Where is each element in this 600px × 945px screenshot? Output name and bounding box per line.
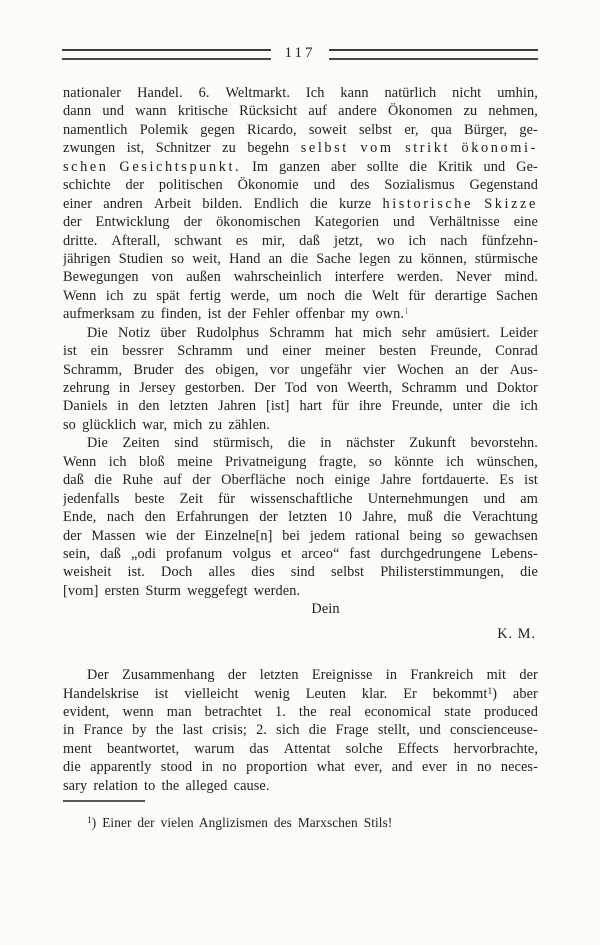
- text-fragment: andere: [338, 103, 377, 119]
- word-token: gewachsen: [474, 527, 538, 545]
- text-fragment: et: [281, 546, 292, 562]
- text-fragment: daß: [299, 233, 320, 249]
- word-token: Oberfläche: [221, 471, 286, 489]
- word-token: sollte: [367, 158, 399, 176]
- word-token: in: [119, 379, 130, 397]
- word-token: ich: [446, 453, 464, 471]
- text-fragment: schen: [63, 159, 109, 175]
- text-fragment: und: [247, 343, 269, 359]
- word-token: mind.: [504, 268, 537, 286]
- text-fragment: daß: [63, 472, 84, 488]
- word-token: beste: [135, 490, 165, 508]
- text-fragment: eine: [514, 214, 538, 230]
- text-line: zwungenist,Schnitzerzubegehnselbstvomstr…: [63, 139, 538, 157]
- word-token: ich: [109, 453, 127, 471]
- word-token: werden.: [397, 268, 443, 286]
- text-fragment: Bewegungen: [63, 269, 139, 285]
- word-token: die: [444, 508, 462, 526]
- word-token: auf: [308, 102, 327, 120]
- word-token: der: [259, 508, 278, 526]
- text-fragment: fast: [349, 546, 370, 562]
- text-fragment: crisis;: [212, 722, 247, 738]
- text-fragment: vom: [360, 140, 393, 156]
- text-fragment: no: [477, 759, 492, 775]
- text-fragment: Never: [456, 269, 491, 285]
- text-fragment: noch: [296, 472, 324, 488]
- word-token: Weerth,: [347, 379, 392, 397]
- word-token: Einzelne[n]: [205, 527, 273, 545]
- text-fragment: fünfzehn-: [481, 233, 537, 249]
- word-token: Jahren: [218, 397, 256, 415]
- text-fragment: natürlich: [385, 85, 437, 101]
- text-line: so glücklich war, mich zu zählen.: [63, 416, 538, 434]
- word-token: der: [228, 666, 247, 684]
- text-fragment: proportion: [246, 759, 307, 775]
- word-token: Es: [499, 471, 514, 489]
- text-fragment: ökonomischen: [216, 214, 301, 230]
- text-fragment: in: [119, 380, 130, 396]
- word-token: schen: [63, 158, 109, 176]
- text-fragment: es: [236, 233, 248, 249]
- text-fragment: Entwicklung: [95, 214, 169, 230]
- text-fragment: aber: [331, 159, 356, 175]
- word-token: wo: [377, 232, 395, 250]
- word-token: außen: [186, 268, 221, 286]
- text-line: Ende,nachdenErfahrungenderletzten10Jahre…: [63, 508, 538, 526]
- text-fragment: stood: [161, 759, 192, 775]
- text-fragment: besten: [379, 343, 416, 359]
- word-token: historische: [382, 195, 473, 213]
- word-token: die: [409, 158, 427, 176]
- word-token: Tod: [285, 379, 307, 397]
- text-fragment: Conrad: [495, 343, 538, 359]
- word-token: den: [139, 397, 160, 415]
- word-token: bekommt1): [433, 685, 497, 703]
- word-token: sein,: [63, 545, 90, 563]
- text-fragment: Er: [403, 686, 417, 702]
- header-rule-right: [329, 49, 538, 60]
- text-fragment: Hand: [229, 251, 260, 267]
- text-fragment: apparently: [90, 759, 151, 775]
- text-fragment: der: [184, 214, 203, 230]
- text-fragment: qua: [431, 122, 452, 138]
- word-token: ist: [524, 471, 538, 489]
- text-line: DieZeitensindstürmisch,dieinnächsterZuku…: [63, 434, 538, 452]
- word-token: state: [444, 703, 471, 721]
- word-token: sehr: [402, 324, 426, 342]
- text-fragment: bessrer: [122, 343, 163, 359]
- text-fragment: und: [466, 380, 488, 396]
- text-fragment: für: [408, 288, 425, 304]
- text-line: jährigenStudiensoweit,HandandieSachelege…: [63, 250, 538, 268]
- word-token: fortdauerte.: [421, 471, 488, 489]
- word-token: Sachen: [496, 287, 538, 305]
- text-fragment: Verhältnisse: [429, 214, 500, 230]
- word-token: spät: [156, 287, 179, 305]
- word-token: et: [281, 545, 292, 563]
- text-line: evident,wennmanbetrachtet1.therealeconom…: [63, 703, 538, 721]
- word-token: die: [290, 250, 308, 268]
- word-token: aber: [331, 158, 356, 176]
- word-token: Studien: [119, 250, 163, 268]
- text-fragment: wenn: [122, 704, 153, 720]
- text-fragment: produced: [484, 704, 538, 720]
- text-fragment: Endlich: [254, 196, 299, 212]
- text-fragment: Sozialismus: [384, 177, 454, 193]
- word-token: Handel.: [137, 84, 183, 102]
- text-fragment: and: [392, 759, 413, 775]
- text-fragment: Die: [87, 435, 108, 451]
- text-fragment: Wenn: [63, 288, 96, 304]
- text-fragment: fortdauerte.: [421, 472, 488, 488]
- word-token: Handelskrise: [63, 685, 139, 703]
- word-token: vor: [270, 361, 289, 379]
- text-fragment: die: [290, 251, 308, 267]
- text-fragment: Rudolphus: [196, 325, 259, 341]
- word-token: legen: [359, 250, 390, 268]
- text-fragment: kritische: [178, 103, 228, 119]
- text-fragment: 1.: [275, 704, 286, 720]
- text-fragment: ever,: [354, 759, 382, 775]
- word-token: sind: [291, 563, 315, 581]
- text-line: einerandrenArbeitbilden.Endlichdiekurzeh…: [63, 195, 538, 213]
- text-fragment: Polemik: [140, 122, 188, 138]
- word-token: zehrung: [63, 379, 110, 397]
- word-token: economical: [364, 703, 431, 721]
- word-token: nach: [107, 508, 134, 526]
- word-token: Schramm,: [63, 361, 122, 379]
- text-fragment: an: [269, 251, 283, 267]
- text-fragment: der: [126, 177, 145, 193]
- text-fragment: France: [83, 722, 123, 738]
- text-fragment: die: [310, 196, 328, 212]
- text-fragment: evident,: [63, 704, 109, 720]
- text-fragment: und: [314, 177, 336, 193]
- text-fragment: Handelskrise: [63, 686, 139, 702]
- word-token: Rücksicht: [239, 102, 297, 120]
- word-token: warum: [194, 740, 234, 758]
- word-token: zu: [222, 139, 236, 157]
- text-line: Wennichzuspätfertigwerde,umnochdieWeltfü…: [63, 287, 538, 305]
- word-token: Entwicklung: [95, 213, 169, 231]
- word-token: die: [310, 195, 328, 213]
- word-token: und: [393, 213, 415, 231]
- text-fragment: Attentat: [284, 741, 331, 757]
- text-fragment: die: [520, 564, 538, 580]
- word-token: zu: [133, 287, 147, 305]
- word-token: qua: [431, 121, 452, 139]
- text-fragment: Welt: [372, 288, 399, 304]
- text-fragment: Frankreich: [410, 667, 473, 683]
- text-fragment: 10: [338, 509, 353, 525]
- word-token: Aus-: [510, 361, 538, 379]
- word-token: könnte: [394, 453, 434, 471]
- text-fragment: muß: [407, 509, 433, 525]
- text-fragment: Jahre,: [363, 509, 397, 525]
- text-fragment: Frage: [336, 722, 369, 738]
- text-line: Bewegungenvonaußenwahrscheinlichinterfer…: [63, 268, 538, 286]
- text-fragment: Gesichtspunkt.: [119, 159, 241, 175]
- word-token: daß: [100, 545, 121, 563]
- word-token: klar.: [362, 685, 388, 703]
- text-fragment: neces-: [501, 759, 538, 775]
- text-fragment: amüsiert.: [436, 325, 490, 341]
- word-token: noch: [296, 471, 324, 489]
- word-token: Leuten: [306, 685, 346, 703]
- text-fragment: die: [63, 759, 81, 775]
- text-fragment: und: [102, 103, 124, 119]
- word-token: Sache: [316, 250, 351, 268]
- text-line: nationalerHandel.6.Weltmarkt.Ichkannnatü…: [63, 84, 538, 102]
- text-fragment: gewachsen: [474, 528, 538, 544]
- text-fragment: interfere: [335, 269, 384, 285]
- text-fragment: Freunde,: [430, 343, 481, 359]
- text-fragment: no: [222, 759, 237, 775]
- word-token: ich: [520, 397, 538, 415]
- text-line: dieapparentlystoodinnoproportionwhatever…: [63, 758, 538, 776]
- text-fragment: nach: [107, 509, 134, 525]
- text-fragment: aufmerksam zu finden, ist der Fehler off…: [63, 306, 404, 322]
- word-token: Effects: [398, 740, 439, 758]
- text-line: schenGesichtspunkt.Imganzenabersolltedie…: [63, 158, 538, 176]
- text-fragment: Ich: [306, 85, 325, 101]
- text-fragment: selbst: [331, 564, 364, 580]
- text-fragment: fertig: [189, 288, 221, 304]
- text-fragment: wenig: [254, 686, 289, 702]
- text-fragment: die: [309, 722, 327, 738]
- word-token: nach: [440, 232, 467, 250]
- text-fragment: Ricardo,: [247, 122, 297, 138]
- word-token: Unternehmungen: [368, 490, 469, 508]
- text-fragment: Es: [499, 472, 514, 488]
- text-fragment: bilden.: [202, 196, 242, 212]
- word-token: die: [288, 434, 306, 452]
- word-token: wenn: [122, 703, 153, 721]
- word-token: nationaler: [63, 84, 121, 102]
- text-fragment: vor: [270, 362, 289, 378]
- text-fragment: nicht: [452, 85, 481, 101]
- text-fragment: letzten: [260, 667, 299, 683]
- word-token: Gegenstand: [469, 176, 538, 194]
- text-fragment: the: [299, 704, 317, 720]
- text-fragment: unter: [453, 398, 483, 414]
- text-fragment: ge-: [519, 122, 538, 138]
- text-fragment: noch: [307, 288, 335, 304]
- text-line: [vom] ersten Sturm weggefegt werden.: [63, 582, 538, 600]
- word-token: Bruder: [133, 361, 173, 379]
- word-token: alles: [208, 563, 235, 581]
- word-token: Der: [87, 666, 109, 684]
- word-token: in: [386, 666, 397, 684]
- text-fragment: und: [484, 159, 506, 175]
- word-token: Schramm: [401, 379, 457, 397]
- word-token: ment: [63, 740, 92, 758]
- text-fragment: Ereignisse: [312, 667, 373, 683]
- text-fragment: ich: [106, 288, 124, 304]
- text-fragment: für: [218, 491, 235, 507]
- letter-body: nationalerHandel.6.Weltmarkt.Ichkannnatü…: [63, 84, 538, 832]
- word-token: wissenschaftliche: [250, 490, 353, 508]
- word-token: ever: [422, 758, 447, 776]
- text-fragment: Jersey: [139, 380, 175, 396]
- text-fragment: sind: [174, 435, 198, 451]
- page-number: 117: [285, 45, 316, 62]
- text-fragment: wann: [135, 103, 166, 119]
- text-fragment: so: [369, 454, 382, 470]
- word-token: Zeiten: [123, 434, 160, 452]
- text-fragment: des: [350, 177, 369, 193]
- text-line: inFrancebythelastcrisis;2.sichdieFragest…: [63, 721, 538, 739]
- text-fragment: betrachtet: [205, 704, 262, 720]
- word-token: für: [408, 287, 425, 305]
- text-fragment: den: [145, 509, 166, 525]
- text-fragment: in: [456, 759, 467, 775]
- word-token: ever,: [354, 758, 382, 776]
- text-fragment: zwungen: [63, 140, 115, 156]
- text-fragment: conscienceuse-: [450, 722, 538, 738]
- text-fragment: politischen: [159, 177, 223, 193]
- text-fragment: die: [288, 435, 306, 451]
- letter-paragraphs: nationalerHandel.6.Weltmarkt.Ichkannnatü…: [63, 84, 538, 600]
- text-fragment: der: [259, 509, 278, 525]
- word-token: volgus: [232, 545, 271, 563]
- word-token: no: [222, 758, 237, 776]
- text-fragment: bloß: [139, 454, 165, 470]
- text-line: daßdieRuheaufderOberflächenocheinigeJahr…: [63, 471, 538, 489]
- text-fragment: Leuten: [306, 686, 346, 702]
- word-token: vom: [360, 139, 393, 157]
- word-token: und: [483, 490, 505, 508]
- text-line: sary relation to the alleged cause.: [63, 777, 538, 795]
- text-fragment: vielleicht: [184, 686, 238, 702]
- word-token: die: [492, 397, 510, 415]
- text-fragment: und: [483, 491, 505, 507]
- text-fragment: dies: [251, 564, 274, 580]
- text-fragment: sollte: [367, 159, 399, 175]
- text-fragment: last: [183, 722, 203, 738]
- word-token: Arbeit: [154, 195, 191, 213]
- text-fragment: der: [63, 528, 82, 544]
- word-token: Weltmarkt.: [225, 84, 290, 102]
- text-fragment: die: [492, 398, 510, 414]
- text-fragment: by: [132, 722, 147, 738]
- word-token: wünschen,: [476, 453, 538, 471]
- text-fragment: state: [444, 704, 471, 720]
- text-fragment: er,: [404, 122, 418, 138]
- word-token: betrachtet: [205, 703, 262, 721]
- text-fragment: the: [156, 722, 174, 738]
- word-token: ist,: [127, 139, 144, 157]
- word-token: schichte: [63, 176, 111, 194]
- text-fragment: strikt: [405, 140, 450, 156]
- text-fragment: Wochen: [397, 362, 444, 378]
- word-token: Doktor: [497, 379, 538, 397]
- word-token: and: [392, 758, 413, 776]
- word-token: aber: [513, 685, 538, 703]
- word-token: der: [480, 361, 499, 379]
- word-token: in: [63, 721, 74, 739]
- word-token: so: [452, 527, 465, 545]
- word-token: Notiz: [118, 324, 150, 342]
- word-token: sind: [174, 434, 198, 452]
- word-token: von: [152, 268, 174, 286]
- word-token: Frankreich: [410, 666, 473, 684]
- word-token: der: [519, 666, 538, 684]
- text-fragment: Sache: [316, 251, 351, 267]
- text-fragment: Studien: [119, 251, 163, 267]
- word-token: selbst: [359, 121, 392, 139]
- text-fragment: Notiz: [118, 325, 150, 341]
- word-token: stellt,: [378, 721, 410, 739]
- text-fragment: Bruder: [133, 362, 173, 378]
- word-token: der: [176, 527, 195, 545]
- text-fragment: Einzelne[n]: [205, 528, 273, 544]
- word-token: ökonomischen: [216, 213, 301, 231]
- text-line: DieNotizüberRudolphusSchrammhatmichsehra…: [63, 324, 538, 342]
- word-token: derartige: [435, 287, 487, 305]
- text-fragment: volgus: [232, 546, 271, 562]
- text-fragment: Der: [87, 667, 109, 683]
- word-token: strikt: [405, 139, 450, 157]
- word-token: bilden.: [202, 195, 242, 213]
- text-fragment: 2.: [256, 722, 267, 738]
- text-fragment: profanum: [166, 546, 222, 562]
- text-fragment: in: [117, 398, 128, 414]
- text-fragment: ich: [446, 454, 464, 470]
- word-token: wahrscheinlich: [234, 268, 322, 286]
- word-token: fünfzehn-: [481, 232, 537, 250]
- word-token: Zukunft: [409, 434, 456, 452]
- text-fragment: Kategorien: [315, 214, 380, 230]
- word-token: zu: [464, 102, 478, 120]
- text-fragment: ganzen: [279, 159, 320, 175]
- text-fragment: Massen: [91, 528, 135, 544]
- text-fragment: letzten: [288, 509, 327, 525]
- text-fragment: bei: [282, 528, 300, 544]
- text-fragment: so: [171, 251, 184, 267]
- word-token: last: [183, 721, 203, 739]
- text-fragment: und: [419, 722, 441, 738]
- word-token: der: [126, 176, 145, 194]
- word-token: Welt: [372, 287, 399, 305]
- word-token: Wochen: [397, 361, 444, 379]
- text-fragment: alles: [208, 564, 235, 580]
- word-token: Leider: [500, 324, 538, 342]
- word-token: bessrer: [122, 342, 163, 360]
- word-token: und: [484, 158, 506, 176]
- text-fragment: wie: [146, 528, 167, 544]
- text-fragment: Sachen: [496, 288, 538, 304]
- text-fragment: ungefähr: [300, 362, 352, 378]
- word-token: Rudolphus: [196, 324, 259, 342]
- word-token: produced: [484, 703, 538, 721]
- text-fragment: gegen: [200, 122, 235, 138]
- word-token: kann: [340, 84, 368, 102]
- text-fragment: historische: [382, 196, 473, 212]
- text-fragment: ist: [155, 686, 169, 702]
- word-token: Bewegungen: [63, 268, 139, 286]
- word-token: ist: [63, 342, 77, 360]
- running-head: 117: [62, 45, 538, 63]
- text-fragment: sind: [291, 564, 315, 580]
- word-token: andere: [338, 102, 377, 120]
- text-line: namentlichPolemikgegenRicardo,soweitselb…: [63, 121, 538, 139]
- text-fragment: der: [176, 528, 195, 544]
- text-fragment: Der: [254, 380, 276, 396]
- word-token: der: [184, 213, 203, 231]
- word-token: um: [279, 287, 297, 305]
- text-fragment: Oberfläche: [221, 472, 286, 488]
